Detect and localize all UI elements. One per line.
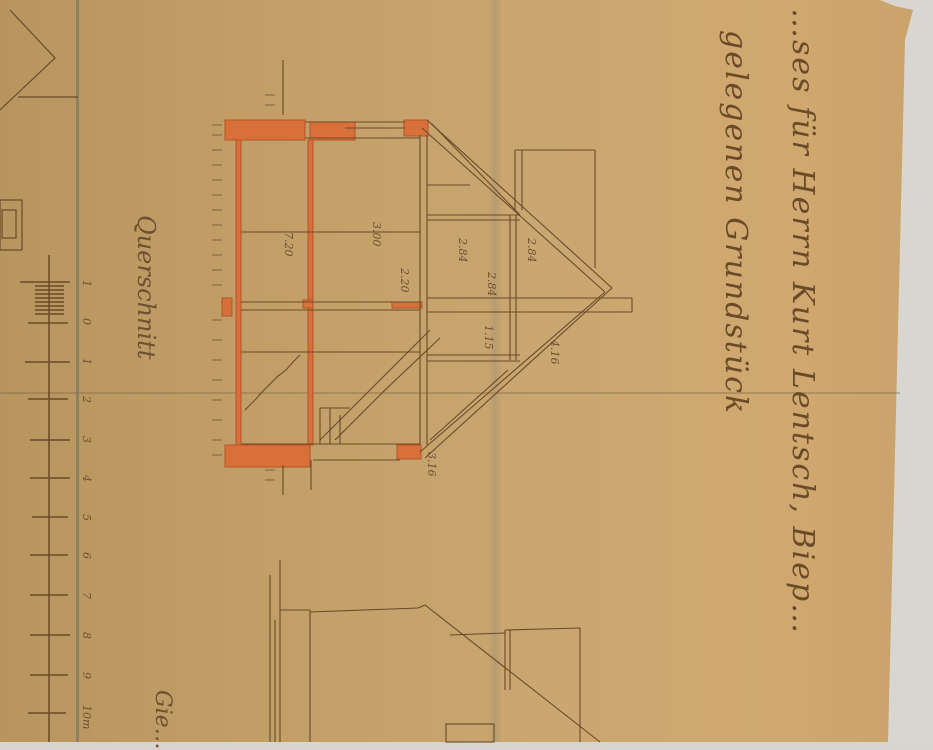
dim-attic-1: 2.84: [456, 238, 469, 263]
scale-label: 5: [80, 514, 93, 521]
dim-floor-height: 2.20: [398, 268, 411, 293]
earth-hatching: [212, 95, 275, 480]
scale-label: 2: [80, 396, 93, 403]
dim-room-width: 7.20: [282, 232, 295, 257]
lower-elevation: [270, 560, 600, 742]
scale-bar: [20, 255, 70, 742]
scale-label: 10m: [80, 705, 93, 729]
bottom-label-fragment: Gie…: [150, 690, 175, 750]
title-line-2: gelegenen Grundstück: [718, 30, 753, 415]
dim-attic-3: 2.84: [525, 238, 538, 263]
masonry-walls: [222, 120, 428, 467]
title-word: Biep…: [785, 527, 820, 636]
dim-room-height: 3.00: [370, 222, 383, 247]
title-word: Kurt: [785, 282, 820, 357]
dim-roof-right: 3.16: [425, 452, 438, 477]
dim-attic-2: 2.84: [485, 272, 498, 297]
scale-label: 7: [80, 592, 93, 599]
partial-gable-topleft: [0, 10, 78, 250]
scale-label: 6: [80, 552, 93, 559]
title-word: Lentsch,: [785, 369, 820, 515]
scale-label: 1: [80, 280, 93, 287]
section-label: Querschnitt: [132, 215, 160, 359]
title-word: gelegenen: [718, 30, 753, 206]
dim-roof-left: 4.16: [548, 340, 561, 365]
dim-knee: 1.15: [482, 325, 495, 350]
scale-label: 9: [80, 672, 93, 679]
title-word: für: [785, 106, 820, 157]
scale-label: 1: [80, 358, 93, 365]
scale-label: 0: [80, 318, 93, 325]
scale-label: 3: [80, 436, 93, 443]
title-word: Grundstück: [718, 217, 753, 415]
title-word: Herrn: [785, 168, 820, 270]
title-line-1: …ses für Herrn Kurt Lentsch, Biep…: [785, 8, 820, 635]
title-word: …ses: [785, 8, 820, 95]
scale-label: 4: [80, 475, 93, 482]
scale-label: 8: [80, 632, 93, 639]
building-section: [212, 60, 632, 495]
